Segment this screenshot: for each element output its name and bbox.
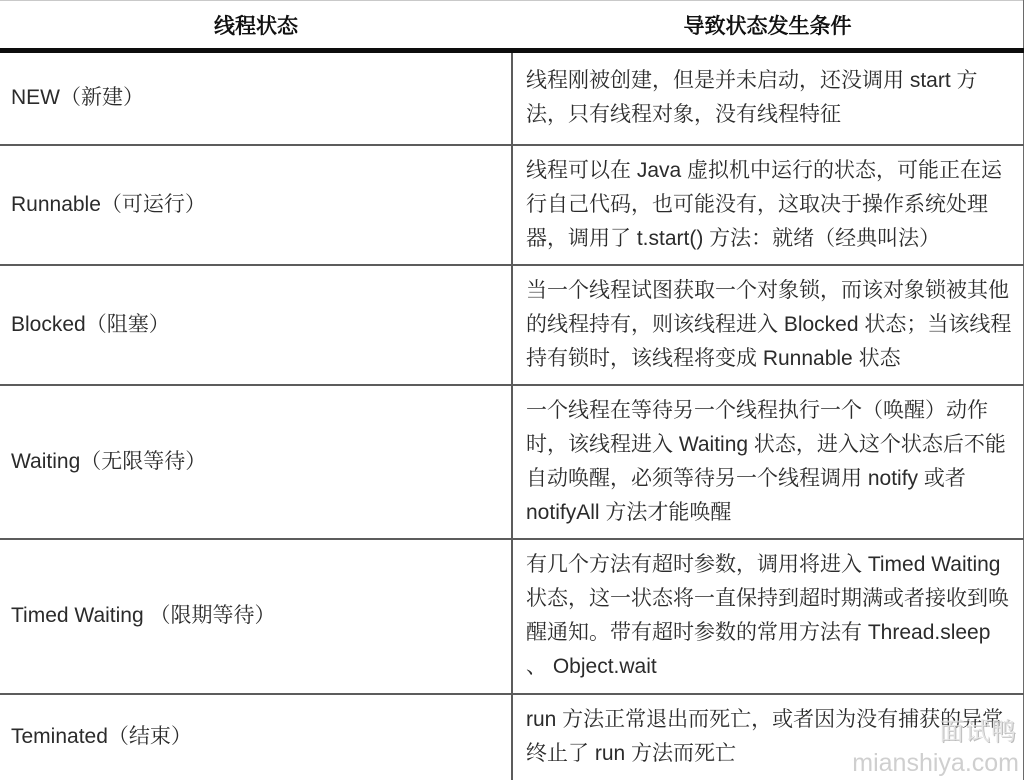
state-cell: NEW（新建）	[0, 51, 512, 145]
table-row-runnable: Runnable（可运行） 线程可以在 Java 虚拟机中运行的状态，可能正在运…	[0, 145, 1024, 265]
table-row-blocked: Blocked（阻塞） 当一个线程试图获取一个对象锁，而该对象锁被其他的线程持有…	[0, 265, 1024, 385]
table-row-new: NEW（新建） 线程刚被创建，但是并未启动，还没调用 start 方法，只有线程…	[0, 51, 1024, 145]
condition-cell: 有几个方法有超时参数，调用将进入 Timed Waiting 状态，这一状态将一…	[512, 539, 1024, 694]
table-header-row: 线程状态 导致状态发生条件	[0, 1, 1024, 51]
state-cell: Blocked（阻塞）	[0, 265, 512, 385]
condition-cell: 一个线程在等待另一个线程执行一个（唤醒）动作时，该线程进入 Waiting 状态…	[512, 385, 1024, 539]
table-row-terminated: Teminated（结束） run 方法正常退出而死亡，或者因为没有捕获的异常终…	[0, 694, 1024, 780]
page: 线程状态 导致状态发生条件 NEW（新建） 线程刚被创建，但是并未启动，还没调用…	[0, 0, 1024, 783]
state-cell: Teminated（结束）	[0, 694, 512, 780]
thread-state-table: 线程状态 导致状态发生条件 NEW（新建） 线程刚被创建，但是并未启动，还没调用…	[0, 0, 1024, 780]
table-row-timed-waiting: Timed Waiting （限期等待） 有几个方法有超时参数，调用将进入 Ti…	[0, 539, 1024, 694]
state-cell: Timed Waiting （限期等待）	[0, 539, 512, 694]
condition-cell: 当一个线程试图获取一个对象锁，而该对象锁被其他的线程持有，则该线程进入 Bloc…	[512, 265, 1024, 385]
condition-cell: 线程可以在 Java 虚拟机中运行的状态，可能正在运行自己代码，也可能没有，这取…	[512, 145, 1024, 265]
header-cell-condition: 导致状态发生条件	[512, 1, 1024, 51]
state-cell: Waiting（无限等待）	[0, 385, 512, 539]
condition-cell: run 方法正常退出而死亡，或者因为没有捕获的异常终止了 run 方法而死亡	[512, 694, 1024, 780]
state-cell: Runnable（可运行）	[0, 145, 512, 265]
header-cell-thread-state: 线程状态	[0, 1, 512, 51]
table-row-waiting: Waiting（无限等待） 一个线程在等待另一个线程执行一个（唤醒）动作时，该线…	[0, 385, 1024, 539]
condition-cell: 线程刚被创建，但是并未启动，还没调用 start 方法，只有线程对象，没有线程特…	[512, 51, 1024, 145]
